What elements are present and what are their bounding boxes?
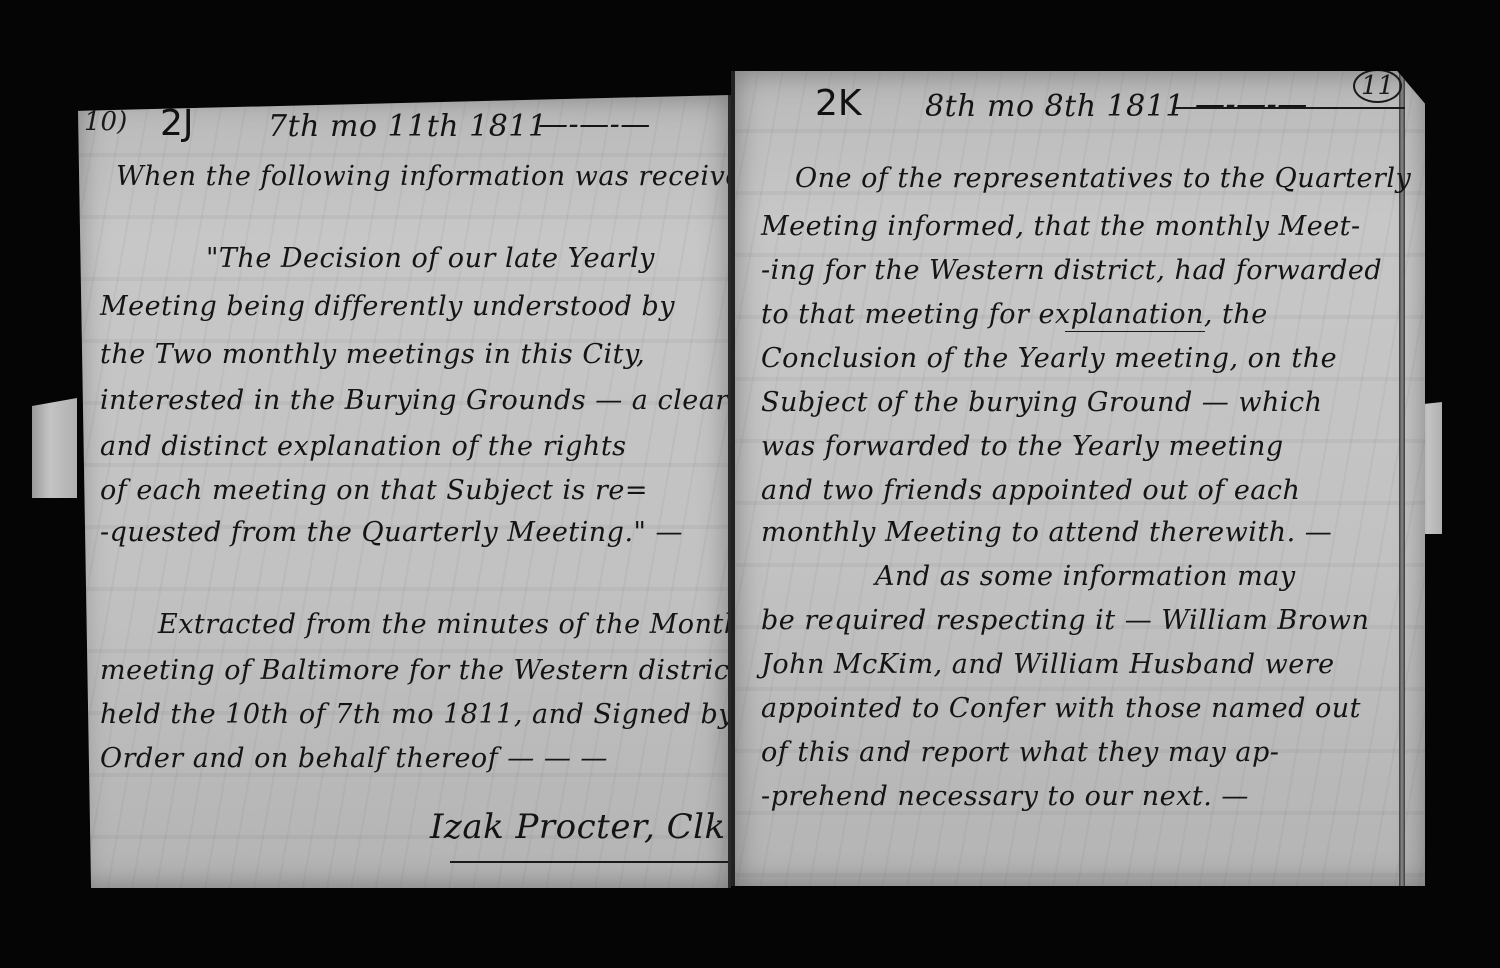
right-page-number: 11 xyxy=(1353,71,1402,101)
right-line-1: One of the representatives to the Quarte… xyxy=(795,163,1411,194)
left-line-8: -quested from the Quarterly Meeting." — xyxy=(100,517,683,548)
left-line-1: When the following information was recei… xyxy=(116,161,731,192)
date-rule xyxy=(1175,107,1405,109)
left-line-4: the Two monthly meetings in this City, xyxy=(100,339,645,370)
left-line-3: Meeting being differently understood by xyxy=(100,291,675,322)
left-date-dashes: —-—-— xyxy=(538,107,651,142)
right-line-10: And as some information may xyxy=(875,561,1296,592)
left-line-7: of each meeting on that Subject is re= xyxy=(100,475,648,506)
right-page-number-text: 11 xyxy=(1353,71,1402,103)
right-line-12: John McKim, and William Husband were xyxy=(761,649,1335,680)
right-line-5: Conclusion of the Yearly meeting, on the xyxy=(761,343,1337,374)
scan-background: 10) 2J 7th mo 11th 1811 —-—-— When the f… xyxy=(0,0,1500,968)
left-page: 10) 2J 7th mo 11th 1811 —-—-— When the f… xyxy=(78,95,731,888)
left-line-12: Order and on behalf thereof — — — xyxy=(100,743,608,774)
right-line-2: Meeting informed, that the monthly Meet- xyxy=(761,211,1361,242)
right-line-3: -ing for the Western district, had forwa… xyxy=(761,255,1382,286)
right-line-8: and two friends appointed out of each xyxy=(761,475,1300,506)
right-line-4: to that meeting for explanation, the xyxy=(761,299,1268,330)
right-line-6: Subject of the burying Ground — which xyxy=(761,387,1323,418)
right-date-heading: 8th mo 8th 1811 xyxy=(925,89,1185,124)
left-line-5: interested in the Burying Grounds — a cl… xyxy=(100,385,729,416)
right-minute-reference: 2K xyxy=(815,83,862,124)
right-line-15: -prehend necessary to our next. — xyxy=(761,781,1249,812)
right-line-11: be required respecting it — William Brow… xyxy=(761,605,1369,636)
left-page-number: 10) xyxy=(84,107,127,137)
left-line-9: Extracted from the minutes of the Monthl… xyxy=(158,609,731,640)
right-date-dashes: —-—-— xyxy=(1195,87,1308,122)
clerk-signature: Izak Procter, Clk xyxy=(430,807,726,847)
left-line-2: "The Decision of our late Yearly xyxy=(206,243,655,274)
left-date-heading: 7th mo 11th 1811 xyxy=(268,109,547,144)
right-line-9: monthly Meeting to attend therewith. — xyxy=(761,517,1332,548)
explanation-underline xyxy=(1065,331,1205,332)
right-page: 11 2K 8th mo 8th 1811 —-—-— One of the r… xyxy=(731,71,1425,886)
right-line-14: of this and report what they may ap- xyxy=(761,737,1279,768)
signature-rule xyxy=(450,861,731,863)
left-page-number-text: 10 xyxy=(84,107,117,137)
right-line-13: appointed to Confer with those named out xyxy=(761,693,1361,724)
left-page-tab xyxy=(32,398,77,498)
right-line-7: was forwarded to the Yearly meeting xyxy=(761,431,1284,462)
left-line-11: held the 10th of 7th mo 1811, and Signed… xyxy=(100,699,731,730)
left-minute-reference: 2J xyxy=(160,103,194,144)
left-line-6: and distinct explanation of the rights xyxy=(100,431,627,462)
left-line-10: meeting of Baltimore for the Western dis… xyxy=(100,655,731,686)
